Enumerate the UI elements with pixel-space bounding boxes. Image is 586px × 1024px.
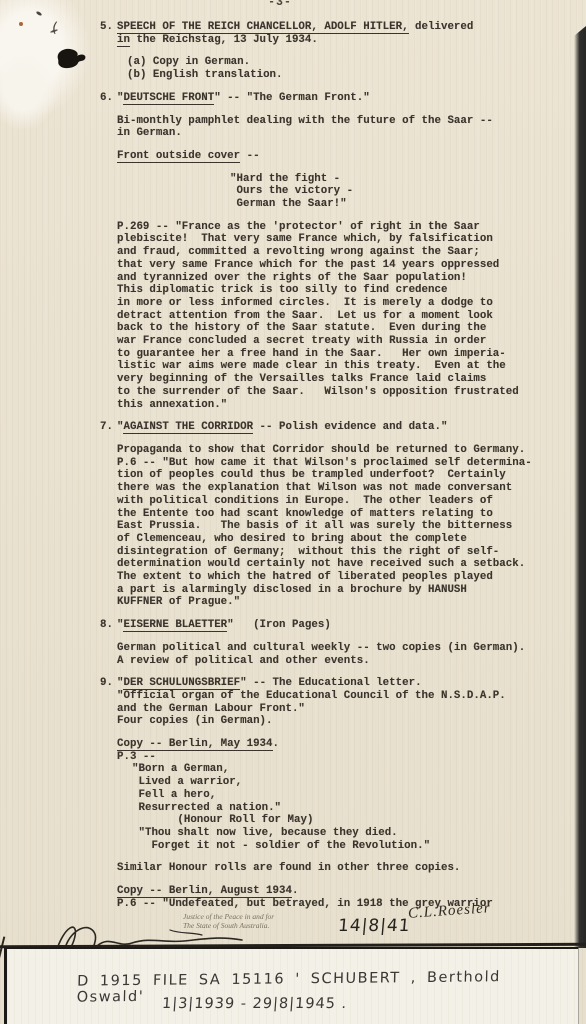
typed-line: and fraud, committed a revolting wrong a… [117,246,578,259]
typed-line: war France concluded a secret treaty wit… [117,335,578,348]
typed-line: in more or less informed circles. It is … [117,297,578,310]
typed-line: detract attention from the Saar. Let us … [117,310,578,323]
typed-line: "Hard the fight - [230,173,578,186]
text-lines: "AGAINST THE CORRIDOR -- Polish evidence… [117,421,578,434]
item-number: 6. [100,92,117,105]
text-lines: "Hard the fight - Ours the victory - Ger… [230,173,578,211]
typed-line: German the Saar!" [230,198,578,211]
typed-line: Bi-monthly pamphlet dealing with the fut… [117,115,578,128]
ink-blot [55,47,89,71]
text-lines: Front outside cover -- [117,150,578,163]
numbered-item: 8."EISERNE BLAETTER" (Iron Pages) [100,619,578,632]
item-number [100,862,117,875]
typed-line: (Honour Roll for May) [132,814,578,827]
paragraph-block: Bi-monthly pamphlet dealing with the fut… [100,115,578,140]
typed-line: in the Reichstag, 13 July 1934. [117,34,578,47]
item-number: 8. [100,619,117,632]
paragraph-block: Copy -- Berlin, May 1934.P.3 -- [100,738,578,763]
archive-annotation-line2: 1|3|1939 - 29|8|1945 . [161,996,347,1012]
typed-line: "Official organ of the Educational Counc… [117,690,578,703]
typed-line: determination would certainly not have r… [117,558,578,571]
item-number: 9. [100,677,117,728]
typed-line: Copy -- Berlin, August 1934. [117,885,578,898]
typed-line: to the surrender of the Saar. Wilson's o… [117,386,578,399]
paragraph-block: Copy -- Berlin, August 1934.P.6 -- "Unde… [100,885,578,910]
typed-line: and tyrannized over the rights of the Sa… [117,272,578,285]
typed-line: P.6 -- "Undefeated, but betrayed, in 191… [117,898,578,911]
typed-line: there was the explanation that Wilson wa… [117,482,578,495]
typed-line: This diplomatic trick is too silly to fi… [117,284,578,297]
page-number: -3- [0,0,560,9]
typed-line: P.269 -- "France as the 'protector' of r… [117,221,578,234]
typed-line: "Born a German, [132,763,578,776]
paragraph-block: "Hard the fight - Ours the victory - Ger… [100,173,578,211]
typed-line: with political conditions in Europe. The… [117,495,578,508]
typed-line: A review of political and other events. [117,655,578,668]
typed-content: 5.SPEECH OF THE REICH CHANCELLOR, ADOLF … [100,21,578,910]
paragraph-block: German political and cultural weekly -- … [100,642,578,667]
item-number [100,115,117,140]
text-lines: "DEUTSCHE FRONT" -- "The German Front." [117,92,578,105]
typed-line: Front outside cover -- [117,150,578,163]
typed-line: Four copies (in German). [117,715,578,728]
text-lines: Similar Honour rolls are found in other … [117,862,578,875]
jp-stamp-text: Justice of the Peace in and for The Stat… [183,912,333,930]
typed-line: German political and cultural weekly -- … [117,642,578,655]
typed-line: a part is alarmingly disclosed in a broc… [117,584,578,597]
text-lines: Propaganda to show that Corridor should … [117,444,578,609]
rust-speck [19,22,23,26]
item-number [100,221,117,412]
typed-line: tion of peoples could thus be trampled u… [117,469,578,482]
typed-line: of Clemenceau, who desired to bring abou… [117,533,578,546]
typed-line: Lived a warrior, [132,776,578,789]
numbered-item: 6."DEUTSCHE FRONT" -- "The German Front.… [100,92,578,105]
typed-line: Propaganda to show that Corridor should … [117,444,578,457]
typed-line: Copy -- Berlin, May 1934. [117,738,578,751]
typed-line: "AGAINST THE CORRIDOR -- Polish evidence… [117,421,578,434]
typed-line: "Thou shalt now live, because they died. [132,827,578,840]
jp-stamp-line1: Justice of the Peace in and for [183,912,333,921]
typed-line: listic war aims were made clear in this … [117,360,578,373]
typed-line: Resurrected a nation." [132,802,578,815]
typed-line: to guarantee her a free hand in the Saar… [117,348,578,361]
item-number [100,738,117,763]
typed-line: Forget it not - soldier of the Revolutio… [132,840,578,853]
item-number [100,763,117,852]
item-number: 5. [100,21,117,46]
typed-line: "DER SCHULUNGSBRIEF" -- The Educational … [117,677,578,690]
text-lines: German political and cultural weekly -- … [117,642,578,667]
numbered-item: 7."AGAINST THE CORRIDOR -- Polish eviden… [100,421,578,434]
item-number [100,150,117,163]
scanned-document-page: ( -3- 5.SPEECH OF THE REICH CHANCELLOR, … [0,0,586,1024]
typed-line: plebiscite! That very same France which,… [117,233,578,246]
typed-line: KUFFNER of Prague." [117,596,578,609]
text-lines: Copy -- Berlin, August 1934.P.6 -- "Unde… [117,885,578,910]
typed-line: The extent to which the hatred of libera… [117,571,578,584]
typed-line: that very same France which for the past… [117,259,578,272]
numbered-item: 5.SPEECH OF THE REICH CHANCELLOR, ADOLF … [100,21,578,46]
typed-line: disintegration of Germany; without this … [117,546,578,559]
text-lines: "DER SCHULUNGSBRIEF" -- The Educational … [117,677,578,728]
typed-line: Fell a hero, [132,789,578,802]
typed-line: back to the history of the Saar statute.… [117,322,578,335]
item-number [100,885,117,910]
paragraph-block: Front outside cover -- [100,150,578,163]
typed-line: and the German Labour Front." [117,703,578,716]
typed-line: SPEECH OF THE REICH CHANCELLOR, ADOLF HI… [117,21,578,34]
text-lines: SPEECH OF THE REICH CHANCELLOR, ADOLF HI… [117,21,578,46]
typed-line: "EISERNE BLAETTER" (Iron Pages) [117,619,578,632]
archive-card: D 1915 FILE SA 15116 ' SCHUBERT , Bertho… [4,947,579,1024]
item-number [100,642,117,667]
item-number [100,173,117,211]
typed-line: (b) English translation. [127,69,578,82]
paper-damage-spot [0,50,58,130]
text-lines: Bi-monthly pamphlet dealing with the fut… [117,115,578,140]
typed-line: Ours the victory - [230,185,578,198]
paragraph-block: P.269 -- "France as the 'protector' of r… [100,221,578,412]
paragraph-block: Propaganda to show that Corridor should … [100,444,578,609]
jp-stamp-line2: The State of South Australia. [183,921,333,930]
typed-line: this annexation." [117,399,578,412]
numbered-item: 9."DER SCHULUNGSBRIEF" -- The Educationa… [100,677,578,728]
paragraph-block: Similar Honour rolls are found in other … [100,862,578,875]
typed-line: Similar Honour rolls are found in other … [117,862,578,875]
typed-line: the Entente too had scant knowledge of m… [117,508,578,521]
text-lines: Copy -- Berlin, May 1934.P.3 -- [117,738,578,763]
paragraph-block: "Born a German, Lived a warrior, Fell a … [100,763,578,852]
item-number: 7. [100,421,117,434]
text-lines: "EISERNE BLAETTER" (Iron Pages) [117,619,578,632]
text-lines: P.269 -- "France as the 'protector' of r… [117,221,578,412]
typed-line: in German. [117,127,578,140]
typed-line: very beginning of the Versailles talks F… [117,373,578,386]
typed-line: East Prussia. The basis of it all was su… [117,520,578,533]
typed-line: P.6 -- "But how came it that Wilson's pr… [117,457,578,470]
item-number [100,444,117,609]
text-lines: "Born a German, Lived a warrior, Fell a … [132,763,578,852]
handwritten-date: 14|8|41 [337,916,411,936]
typed-line: "DEUTSCHE FRONT" -- "The German Front." [117,92,578,105]
typed-line: P.3 -- [117,751,578,764]
text-lines: (a) Copy in German.(b) English translati… [127,56,578,81]
typed-line: (a) Copy in German. [127,56,578,69]
item-number [100,56,117,81]
paragraph-block: (a) Copy in German.(b) English translati… [100,56,578,81]
